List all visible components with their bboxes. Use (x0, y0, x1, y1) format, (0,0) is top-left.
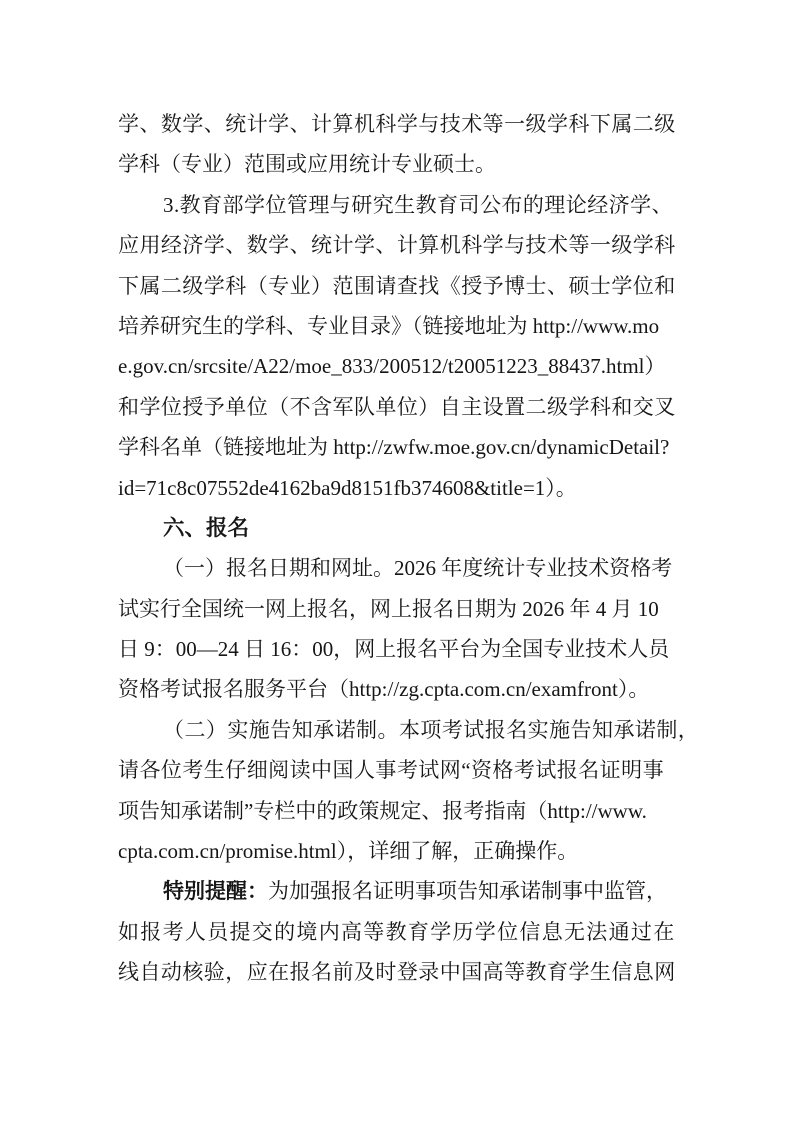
special-notice-label: 特别提醒： (163, 879, 268, 903)
text-line list-item-3: 3.教育部学位管理与研究生教育司公布的理论经济学、 (118, 185, 675, 225)
text-line: 学、数学、统计学、计算机科学与技术等一级学科下属二级 (118, 104, 675, 144)
special-notice-text: 为加强报名证明事项告知承诺制事中监管， (268, 879, 667, 903)
text-line: 下属二级学科（专业）范围请查找《授予博士、硕士学位和 (118, 266, 675, 306)
text-line commitment-paragraph: （二）实施告知承诺制。本项考试报名实施告知承诺制， (118, 710, 675, 750)
text-line: 线自动核验，应在报名前及时登录中国高等教育学生信息网 (118, 952, 675, 992)
text-line: 如报考人员提交的境内高等教育学历学位信息无法通过在 (118, 912, 675, 952)
text-line zwfw-url-line: 学科名单（链接地址为 http://zwfw.moe.gov.cn/dynami… (118, 427, 675, 467)
text-line promise-url-line: 项告知承诺制”专栏中的政策规定、报考指南（http://www. (118, 791, 675, 831)
text-line special-notice-line: 特别提醒：为加强报名证明事项告知承诺制事中监管， (118, 871, 675, 911)
text-line: 请各位考生仔细阅读中国人事考试网“资格考试报名证明事 (118, 750, 675, 790)
document-text-block: 学、数学、统计学、计算机科学与技术等一级学科下属二级 学科（专业）范围或应用统计… (118, 104, 675, 993)
text-line moe-url-line: e.gov.cn/srcsite/A22/moe_833/200512/t200… (118, 346, 675, 386)
text-line cpta-url-line paragraph-end: 资格考试报名服务平台（http://zg.cpta.com.cn/examfro… (118, 669, 675, 709)
text-line: 日 9：00—24 日 16：00，网上报名平台为全国专业技术人员 (118, 629, 675, 669)
text-line: 和学位授予单位（不含军队单位）自主设置二级学科和交叉 (118, 387, 675, 427)
text-line zwfw-url-line paragraph-end: id=71c8c07552de4162ba9d8151fb374608&titl… (118, 468, 675, 508)
section-heading: 六、报名 (118, 508, 675, 548)
text-line: 试实行全国统一网上报名，网上报名日期为 2026 年 4 月 10 (118, 589, 675, 629)
text-line moe-url-line: 培养研究生的学科、专业目录》（链接地址为 http://www.mo (118, 306, 675, 346)
text-line: 应用经济学、数学、统计学、计算机科学与技术等一级学科 (118, 225, 675, 265)
text-line paragraph-end: cpta.com.cn/promise.html），详细了解，正确操作。 (118, 831, 675, 871)
document-page: 学、数学、统计学、计算机科学与技术等一级学科下属二级 学科（专业）范围或应用统计… (0, 0, 794, 1123)
text-line registration-date-paragraph: （一）报名日期和网址。2026 年度统计专业技术资格考 (118, 548, 675, 588)
text-line paragraph-end: 学科（专业）范围或应用统计专业硕士。 (118, 144, 675, 184)
